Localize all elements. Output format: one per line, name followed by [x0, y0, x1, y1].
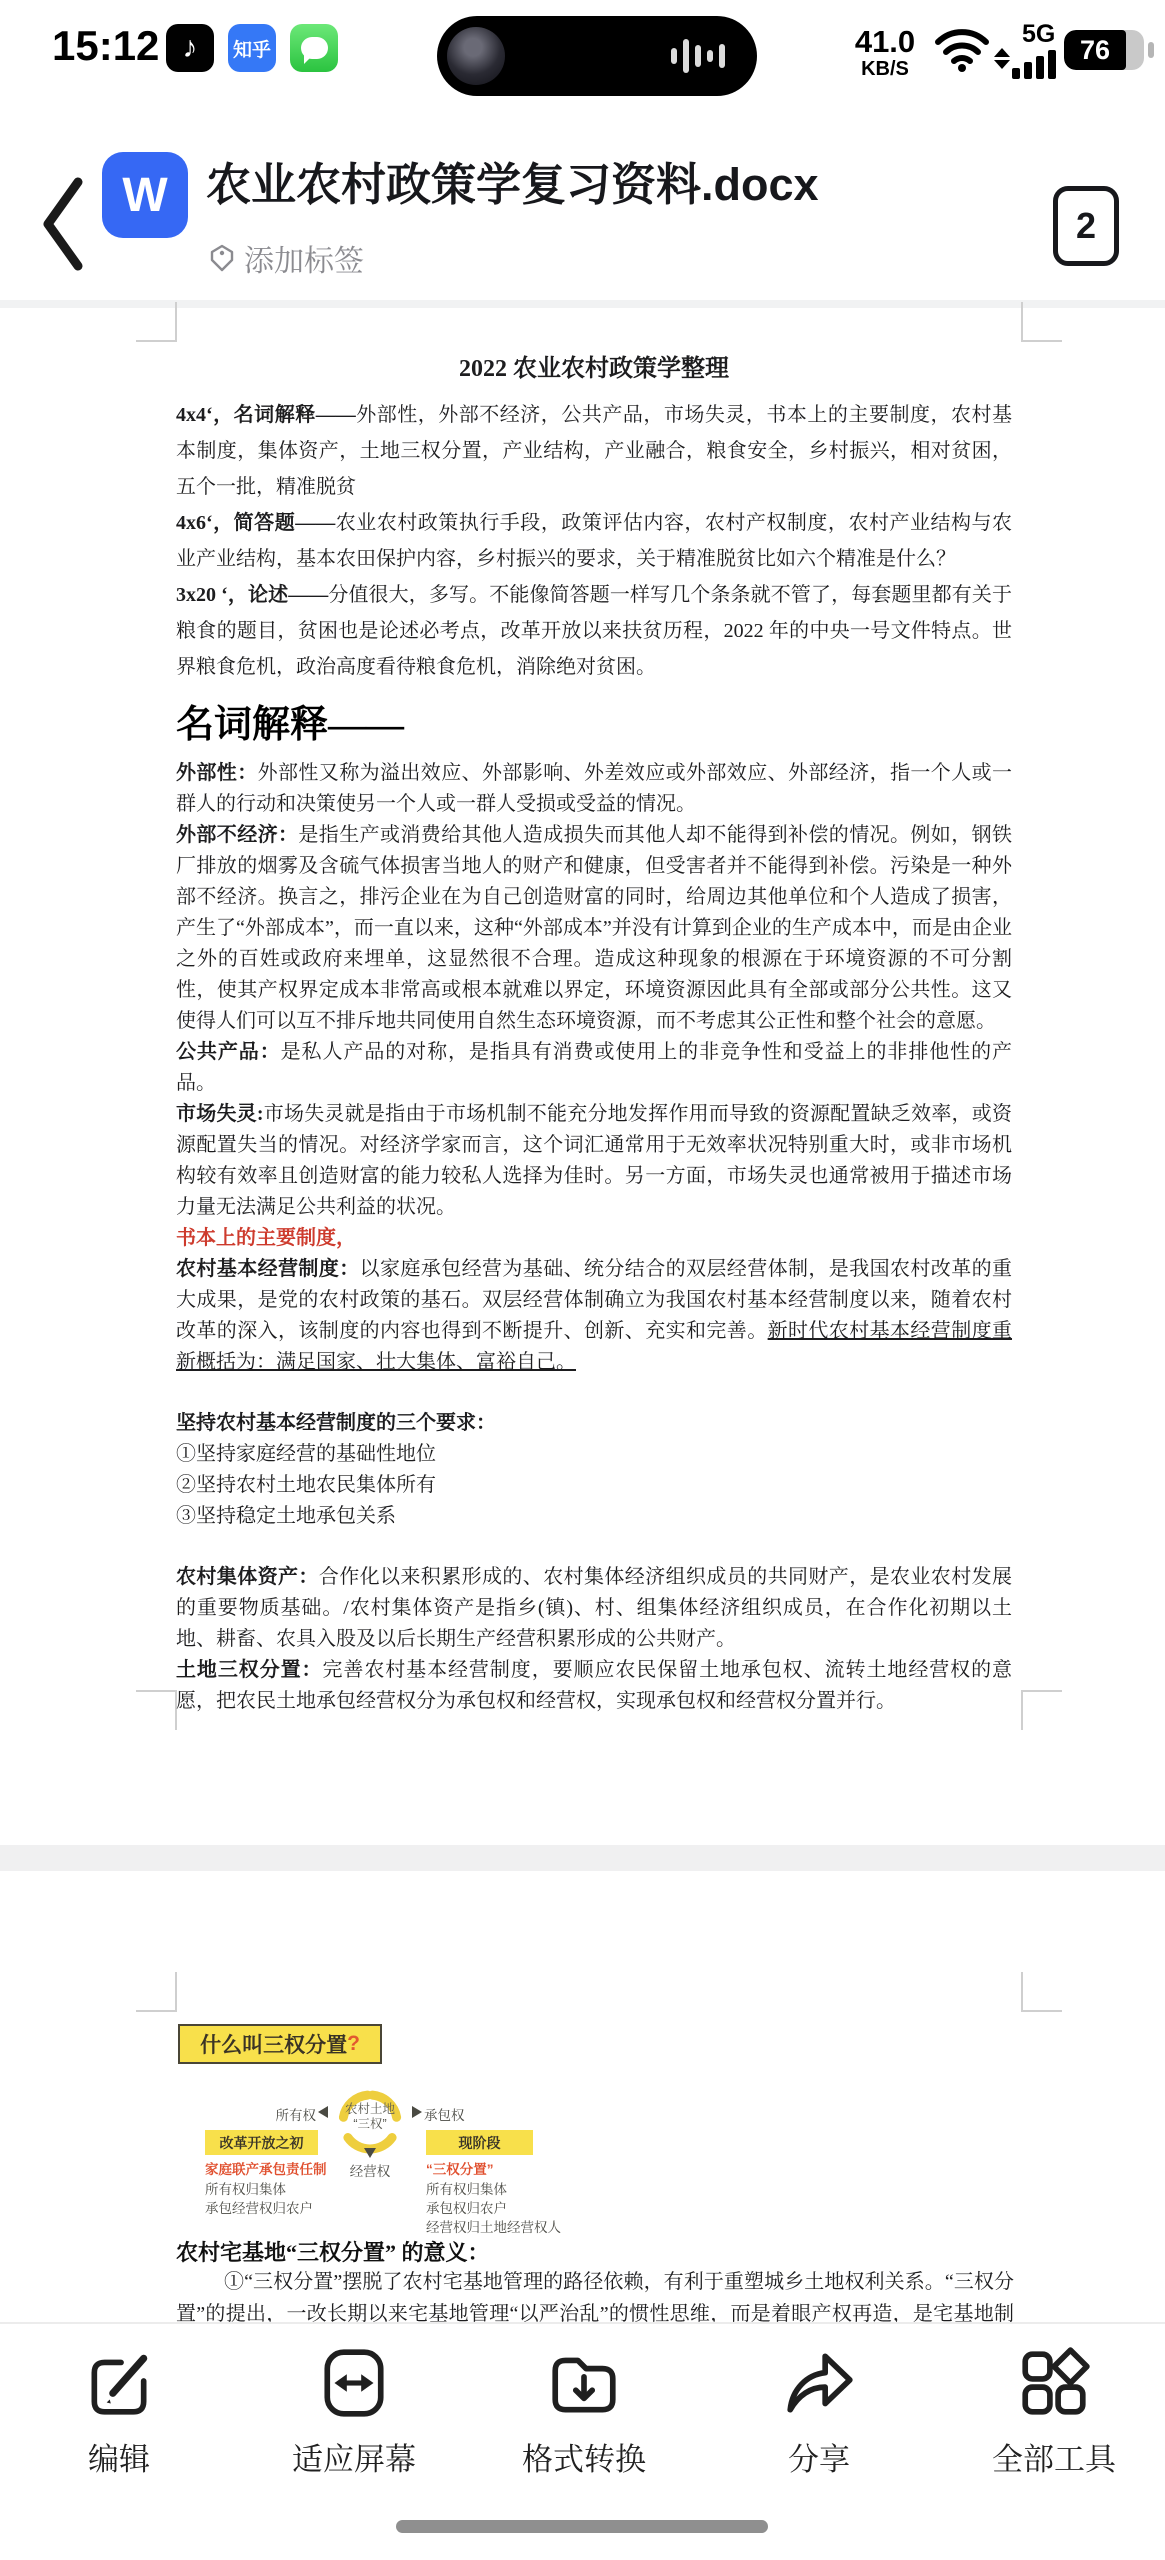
doc-paragraph: 3x20 ‘，论述——分值很大，多写。不能像简答题一样写几个条条就不管了，每套题… — [176, 577, 1012, 685]
list-item: ③坚持稳定土地承包关系 — [176, 1501, 1012, 1532]
tag-icon — [208, 244, 236, 272]
doc-paragraph: 4x4‘，名词解释——外部性，外部不经济，公共产品，市场失灵，书本上的主要制度，… — [176, 397, 1012, 505]
ring-center-label: 农村土地 “三权” — [334, 2102, 406, 2132]
page-margin-mark — [136, 2010, 177, 2012]
fit-screen-icon — [317, 2346, 391, 2420]
add-tag-button[interactable]: 添加标签 — [208, 236, 364, 280]
page-margin-mark — [136, 340, 177, 342]
doc-paragraph: 农村集体资产：合作化以来积累形成的、农村集体经济组织成员的共同财产，是农业农村发… — [176, 1562, 1012, 1655]
question-mark: ? — [347, 2032, 360, 2056]
label-contract: 承包权 — [424, 2104, 502, 2124]
label-management: 经营权 — [334, 2160, 406, 2180]
status-time: 15:12 — [52, 22, 159, 70]
section-heading: 名词解释—— — [176, 693, 1012, 748]
right-red-label: “三权分置” — [426, 2158, 494, 2178]
arrow-right-icon — [412, 2106, 422, 2118]
wifi-icon — [934, 28, 990, 72]
page-margin-mark — [1021, 2010, 1062, 2012]
edit-icon — [82, 2346, 156, 2420]
tiktok-app-icon: ♪ — [166, 24, 214, 72]
list-item: 经营权归土地经营权人 — [426, 2216, 561, 2236]
zhihu-app-icon: 知乎 — [228, 24, 276, 72]
now-playing-thumbnail — [447, 27, 505, 85]
diagram-title-box: 什么叫三权分置? — [178, 2024, 382, 2064]
page-margin-mark — [175, 1972, 177, 2012]
messages-app-icon — [290, 24, 338, 72]
battery-nub — [1148, 42, 1154, 58]
document-title: 农业农村政策学复习资料.docx — [206, 148, 819, 213]
list-item: ②坚持农村土地农民集体所有 — [176, 1470, 1012, 1501]
share-arrow-icon — [782, 2346, 856, 2420]
doc-heading: 2022 农业农村政策学整理 — [176, 348, 1012, 383]
label-ownership: 所有权 — [238, 2104, 316, 2124]
add-tag-label: 添加标签 — [244, 236, 364, 280]
word-doc-letter: W — [122, 168, 167, 223]
red-note: 书本上的主要制度， — [176, 1223, 1012, 1254]
network-speed: 41.0 KB/S — [842, 26, 928, 79]
document-page-1[interactable]: 2022 农业农村政策学整理 4x4‘，名词解释——外部性，外部不经济，公共产品… — [176, 348, 1012, 1717]
list-item: ①坚持家庭经营的基础性地位 — [176, 1439, 1012, 1470]
page-margin-mark — [1021, 1690, 1023, 1730]
doc-paragraph: 外部不经济：是指生产或消费给其他人造成损失而其他人却不能得到补偿的情况。例如，钢… — [176, 820, 1012, 1037]
reform-era-box: 改革开放之初 — [205, 2130, 318, 2155]
format-convert-button[interactable]: 格式转换 — [509, 2346, 659, 2479]
doc-paragraph: 市场失灵:市场失灵就是指由于市场机制不能充分地发挥作用而导致的资源配置缺乏效率，… — [176, 1099, 1012, 1223]
list-item: 承包权归农户 — [426, 2197, 507, 2217]
page-margin-mark — [1021, 340, 1062, 342]
network-type-label: 5G — [1022, 20, 1055, 49]
page-margin-mark — [136, 1690, 177, 1692]
edit-button[interactable]: 编辑 — [44, 2346, 194, 2479]
battery-icon: 76 — [1064, 30, 1144, 70]
page-separator — [0, 1845, 1165, 1871]
home-indicator[interactable] — [396, 2520, 768, 2533]
share-button[interactable]: 分享 — [744, 2346, 894, 2479]
music-note-icon: ♪ — [183, 31, 198, 65]
wifi-updown-arrows-icon — [994, 48, 1010, 69]
list-item: 所有权归集体 — [426, 2178, 507, 2198]
arrow-left-icon — [318, 2106, 328, 2118]
page-margin-mark — [1021, 1972, 1023, 2012]
meaning-heading: 农村宅基地“三权分置” 的意义： — [176, 2236, 490, 2267]
zhihu-label: 知乎 — [233, 35, 271, 62]
audio-waveform-icon — [671, 16, 725, 96]
word-doc-icon: W — [102, 152, 188, 238]
left-red-label: 家庭联产承包责任制 — [205, 2158, 327, 2178]
back-button[interactable] — [36, 174, 92, 274]
tab-counter-button[interactable]: 2 — [1053, 186, 1119, 266]
doc-paragraph: 公共产品：是私人产品的对称，是指具有消费或使用上的非竞争性和受益上的非排他性的产… — [176, 1037, 1012, 1099]
current-stage-box: 现阶段 — [426, 2130, 533, 2155]
dynamic-island[interactable] — [437, 16, 757, 96]
list-item: 所有权归集体 — [205, 2178, 286, 2198]
doc-paragraph: 4x6‘，简答题——农业农村政策执行手段，政策评估内容，农村产权制度，农村产业结… — [176, 505, 1012, 577]
chat-bubble-icon — [301, 37, 328, 59]
page-margin-mark — [1021, 1690, 1062, 1692]
page-margin-mark — [175, 302, 177, 342]
battery-level: 76 — [1064, 30, 1126, 70]
fit-screen-button[interactable]: 适应屏幕 — [279, 2346, 429, 2479]
tab-count: 2 — [1076, 205, 1096, 247]
all-tools-icon — [1017, 2346, 1091, 2420]
list-item: 承包经营权归农户 — [205, 2197, 313, 2217]
all-tools-button[interactable]: 全部工具 — [979, 2346, 1129, 2479]
doc-paragraph: 外部性：外部性又称为溢出效应、外部影响、外差效应或外部效应、外部经济，指一个人或… — [176, 758, 1012, 820]
doc-paragraph: 土地三权分置：完善农村基本经营制度，要顺应农民保留土地承包权、流转土地经营权的意… — [176, 1655, 1012, 1717]
page-margin-mark — [1021, 302, 1023, 342]
arrow-down-icon — [364, 2148, 376, 2158]
doc-paragraph: 农村基本经营制度：以家庭承包经营为基础、统分结合的双层经营体制，是我国农村改革的… — [176, 1254, 1012, 1378]
folder-download-icon — [547, 2346, 621, 2420]
screen: 15:12 ♪ 知乎 41.0 KB/S 5G — [0, 0, 1165, 2560]
signal-bars-icon — [1012, 50, 1056, 79]
requirements-heading: 坚持农村基本经营制度的三个要求： — [176, 1408, 1012, 1439]
